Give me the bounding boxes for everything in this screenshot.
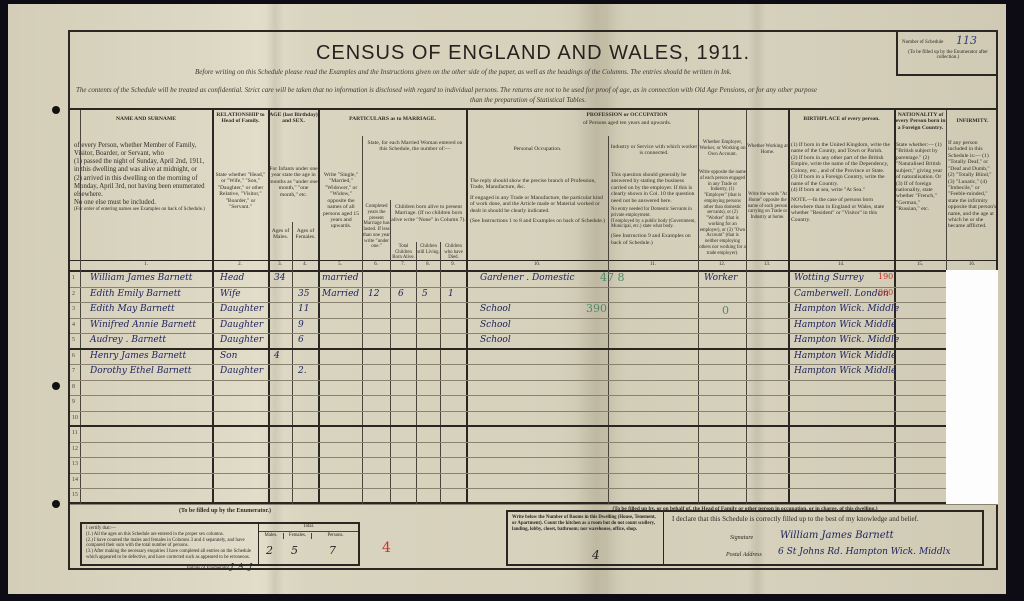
relationship-cell: Head	[220, 273, 244, 283]
children-living-label: Children still Living.	[417, 244, 440, 255]
row-number: 5	[72, 337, 75, 343]
personal-occ-desc: The reply should show the precise branch…	[470, 178, 606, 191]
name-cell: Edith Emily Barnett	[90, 289, 181, 299]
row-number: 6	[72, 353, 75, 359]
age-female-cell: 2.	[298, 366, 307, 376]
total-label: Total.	[259, 524, 358, 532]
age-female-cell: 11	[298, 304, 309, 314]
age-male-cell: 34	[274, 273, 285, 283]
col-number: 3.	[268, 262, 292, 270]
birthplace-desc: (4) If born at sea, write "At Sea."	[791, 187, 892, 193]
birthplace-cell: Camberwell. London	[794, 289, 889, 299]
age-male-cell: 4	[274, 351, 280, 361]
col-number: 10.	[466, 262, 608, 270]
schedule-number-box: 113 Number of Schedule (To be filled up …	[896, 32, 996, 76]
col-number: 16.	[946, 262, 998, 270]
relationship-cell: Wife	[220, 289, 241, 299]
confidential-line-2: than the preparation of Statistical Tabl…	[470, 96, 586, 104]
children-died-label: Children who have Died.	[441, 244, 466, 261]
col-number: 2.	[212, 262, 268, 270]
punch-hole-icon	[52, 106, 60, 114]
signature-label: Signature	[730, 535, 753, 541]
total-males: 2	[266, 544, 273, 557]
col-number: 1.	[80, 262, 212, 270]
relationship-cell: Daughter	[220, 366, 263, 376]
row-number: 7	[72, 368, 75, 374]
birthplace-desc: (2) If born in any other part of the Bri…	[791, 155, 892, 174]
age-column-header: AGE (last Birthday) and SEX.	[269, 112, 317, 124]
personal-occ-desc: (See Instructions 1 to 8 and Examples on…	[470, 218, 606, 224]
name-cell: Edith May Barnett	[90, 304, 175, 314]
table-row: 14	[70, 474, 998, 490]
table-row: 5Audrey . BarnettDaughter6SchoolHampton …	[70, 334, 998, 350]
birthplace-code: 000	[878, 288, 893, 297]
schedule-number: 113	[956, 34, 977, 47]
children-living-cell: 5	[422, 289, 428, 299]
punch-hole-icon	[52, 500, 60, 508]
relationship-cell: Son	[220, 351, 237, 361]
confidential-line: The contents of the Schedule will be tre…	[76, 86, 817, 94]
col-number: 9.	[440, 262, 466, 270]
col-number: 4.	[292, 262, 318, 270]
col-number: 6.	[362, 262, 390, 270]
table-row: 12	[70, 443, 998, 459]
col-number: 8.	[416, 262, 440, 270]
table-row: 9	[70, 396, 998, 412]
females-label: Females.	[283, 533, 311, 539]
census-schedule-page: CENSUS OF ENGLAND AND WALES, 1911. Befor…	[8, 4, 1006, 594]
personal-occupation-label: Personal Occupation.	[467, 146, 608, 152]
name-col-desc: (2) arrived in this dwelling on the morn…	[74, 175, 210, 199]
birthplace-column-header: BIRTHPLACE of every person.	[803, 116, 879, 122]
name-column-header: NAME AND SURNAME	[116, 116, 176, 122]
birthplace-cell: Hampton Wick. Middle	[794, 304, 899, 314]
householder-declaration: Write below the Number of Rooms in this …	[506, 510, 984, 566]
personal-occ-desc: If engaged in any Trade or Manufacture, …	[470, 195, 606, 214]
children-born-desc: Children born alive to present Marriage.…	[391, 204, 466, 223]
birthplace-desc: (1) If born in the United Kingdom, write…	[791, 142, 892, 155]
working-at-home-desc: Write the words "At Home" opposite the n…	[747, 192, 788, 221]
header-divider	[70, 108, 996, 110]
marriage-column-header: PARTICULARS as to MARRIAGE.	[349, 116, 436, 122]
nationality-column-header: NATIONALITY of every Person born in a Fo…	[896, 112, 946, 131]
ages-of-females-label: Ages of Females.	[293, 228, 318, 241]
row-number: 12	[72, 446, 78, 452]
row-number: 14	[72, 477, 78, 483]
name-cell: William James Barnett	[90, 273, 192, 283]
postal-address: 6 St Johns Rd. Hampton Wick. Middlx	[778, 547, 951, 557]
signature: William James Barnett	[780, 530, 894, 541]
industry-desc: This question should generally be answer…	[611, 172, 697, 204]
persons-label: Persons.	[311, 533, 359, 539]
row-number: 11	[72, 430, 78, 436]
occupation-column-header: PROFESSION or OCCUPATION	[586, 112, 667, 118]
occupation-code: 390	[586, 302, 607, 315]
industry-desc: (See Instruction 9 and Examples on back …	[611, 233, 697, 246]
certify-item: (3.) After making the necessary enquirie…	[86, 549, 254, 561]
relationship-col-desc: State whether "Head," or "Wife," "Son," …	[215, 172, 266, 211]
table-row: 10	[70, 412, 998, 428]
table-row: 13	[70, 458, 998, 474]
birthplace-cell: Hampton Wick. Middle	[794, 335, 899, 345]
marital-status-cell: married	[322, 273, 358, 283]
col-number: 11.	[608, 262, 698, 270]
birthplace-code: 190	[878, 272, 893, 281]
relationship-cell: Daughter	[220, 335, 263, 345]
occupation-cell: School	[480, 304, 511, 314]
schedule-form: CENSUS OF ENGLAND AND WALES, 1911. Befor…	[68, 30, 998, 570]
name-cell: Audrey . Barnett	[90, 335, 166, 345]
ages-of-males-label: Ages of Males.	[269, 228, 292, 241]
col-number: 12.	[698, 262, 746, 270]
page-title: CENSUS OF ENGLAND AND WALES, 1911.	[70, 42, 996, 65]
years-married-cell: 12	[368, 289, 379, 299]
working-at-home-label: Whether Working at Home.	[747, 144, 788, 156]
table-row: 11	[70, 427, 998, 443]
married-woman-desc: State, for each Married Woman entered on…	[364, 140, 466, 153]
row-number: 8	[72, 384, 75, 390]
birthplace-cell: Hampton Wick Middle	[794, 320, 896, 330]
birthplace-note: NOTE.—In the case of persons born elsewh…	[791, 197, 892, 223]
enumerator-certificate: I certify that:— (1.) All the ages on th…	[80, 522, 360, 566]
table-row: 4Winifred Annie BarnettDaughter9SchoolHa…	[70, 319, 998, 335]
name-cell: Winifred Annie Barnett	[90, 320, 196, 330]
name-col-desc: No one else must be included.	[74, 199, 210, 207]
table-row: 15	[70, 489, 998, 505]
certify-item: (2.) I have counted the males and female…	[86, 538, 254, 550]
age-female-cell: 35	[298, 289, 309, 299]
table-row: 6Henry James BarnettSon4Hampton Wick Mid…	[70, 350, 998, 366]
declaration-text: I declare that this Schedule is correctl…	[672, 515, 919, 523]
occupation-cell: School	[480, 335, 511, 345]
row-number: 4	[72, 322, 75, 328]
employer-label: Whether Employer, Worker, or Working on …	[699, 140, 746, 157]
table-row: 1William James BarnettHead34marriedGarde…	[70, 272, 998, 288]
marriage-write-desc: Write "Single," "Married," "Widower," or…	[320, 172, 362, 230]
row-number: 3	[72, 306, 75, 312]
punch-hole-icon	[52, 382, 60, 390]
children-died-cell: 1	[448, 289, 454, 299]
row-number: 1	[72, 275, 75, 281]
name-col-desc: (1) passed the night of Sunday, April 2n…	[74, 158, 210, 174]
instruction-line: Before writing on this Schedule please r…	[195, 68, 732, 76]
col-number: 7.	[390, 262, 416, 270]
table-row: 8	[70, 381, 998, 397]
employment-status-cell: Worker	[704, 273, 737, 283]
relationship-cell: Daughter	[220, 320, 263, 330]
red-pencil-mark: 4	[382, 540, 391, 556]
column-number-divider	[70, 260, 996, 261]
employer-desc: Write opposite the name of each person e…	[699, 170, 746, 256]
age-female-cell: 9	[298, 320, 304, 330]
children-total-cell: 6	[398, 289, 404, 299]
rooms-instruction: Write below the Number of Rooms in this …	[508, 512, 663, 535]
schedule-number-note: (To be filled up by the Enumerator after…	[902, 50, 994, 60]
infirmity-column-header: INFIRMITY.	[957, 118, 989, 124]
schedule-number-label: Number of Schedule	[902, 40, 943, 45]
col-number: 14.	[788, 262, 894, 270]
col-number: 13.	[746, 262, 788, 270]
total-persons: 7	[329, 544, 336, 557]
occupation-cell: Gardener . Domestic	[480, 273, 575, 283]
total-females: 5	[291, 544, 298, 557]
age-col-desc: For Infants under one year state the age…	[269, 166, 318, 198]
industry-label: Industry or Service with which worker is…	[610, 144, 698, 157]
row-number: 13	[72, 461, 78, 467]
initials-label: Initials of Enumerator	[187, 566, 229, 571]
col-number: 5.	[318, 262, 362, 270]
occupation-subheader: of Persons aged ten years and upwards.	[467, 120, 787, 126]
enumerator-initials: J. A. J.	[230, 562, 254, 571]
birthplace-cell: Hampton Wick Middle	[794, 366, 896, 376]
employment-status-cell: 0	[722, 304, 729, 317]
industry-desc: If employed by a public body (Government…	[611, 219, 697, 231]
row-number: 2	[72, 291, 75, 297]
redacted-infirmity-column	[946, 270, 998, 504]
marital-status-cell: Married	[322, 289, 359, 299]
row-number: 9	[72, 399, 75, 405]
birthplace-cell: Wotting Surrey	[794, 273, 864, 283]
relationship-cell: Daughter	[220, 304, 263, 314]
name-col-desc: of every Person, whether Member of Famil…	[74, 142, 210, 158]
age-female-cell: 6	[298, 335, 304, 345]
row-number: 10	[72, 415, 78, 421]
name-cell: Dorothy Ethel Barnett	[90, 366, 191, 376]
nationality-desc: State whether:— (1) "British subject by …	[896, 142, 945, 213]
industry-desc: No entry needed for Domestic Servants in…	[611, 207, 697, 219]
table-row: 3Edith May BarnettDaughter11School0Hampt…	[70, 303, 998, 319]
table-row: 7Dorothy Ethel BarnettDaughter2.Hampton …	[70, 365, 998, 381]
birthplace-desc: (3) If born in a Foreign Country, write …	[791, 174, 892, 187]
rooms-count: 4	[592, 548, 600, 562]
total-children-label: Total Children Born Alive.	[391, 244, 416, 261]
years-married-desc: Completed years the present Marriage has…	[363, 204, 390, 250]
occupation-cell: School	[480, 320, 511, 330]
name-cell: Henry James Barnett	[90, 351, 186, 361]
table-row: 2Edith Emily BarnettWife35Married12651Ca…	[70, 288, 998, 304]
postal-address-label: Postal Address	[726, 552, 762, 558]
row-number: 15	[72, 492, 78, 498]
enumerator-heading: (To be filled up by the Enumerator.)	[179, 508, 271, 514]
birthplace-cell: Hampton Wick Middle	[794, 351, 896, 361]
males-label: Males.	[259, 533, 283, 539]
col-number: 15.	[894, 262, 946, 270]
name-col-desc: (For order of entering names see Example…	[74, 207, 210, 213]
relationship-column-header: RELATIONSHIP to Head of Family.	[216, 112, 264, 124]
infirmity-desc: If any person included in this Schedule …	[948, 140, 997, 230]
occupation-code: 47 8	[600, 271, 625, 284]
